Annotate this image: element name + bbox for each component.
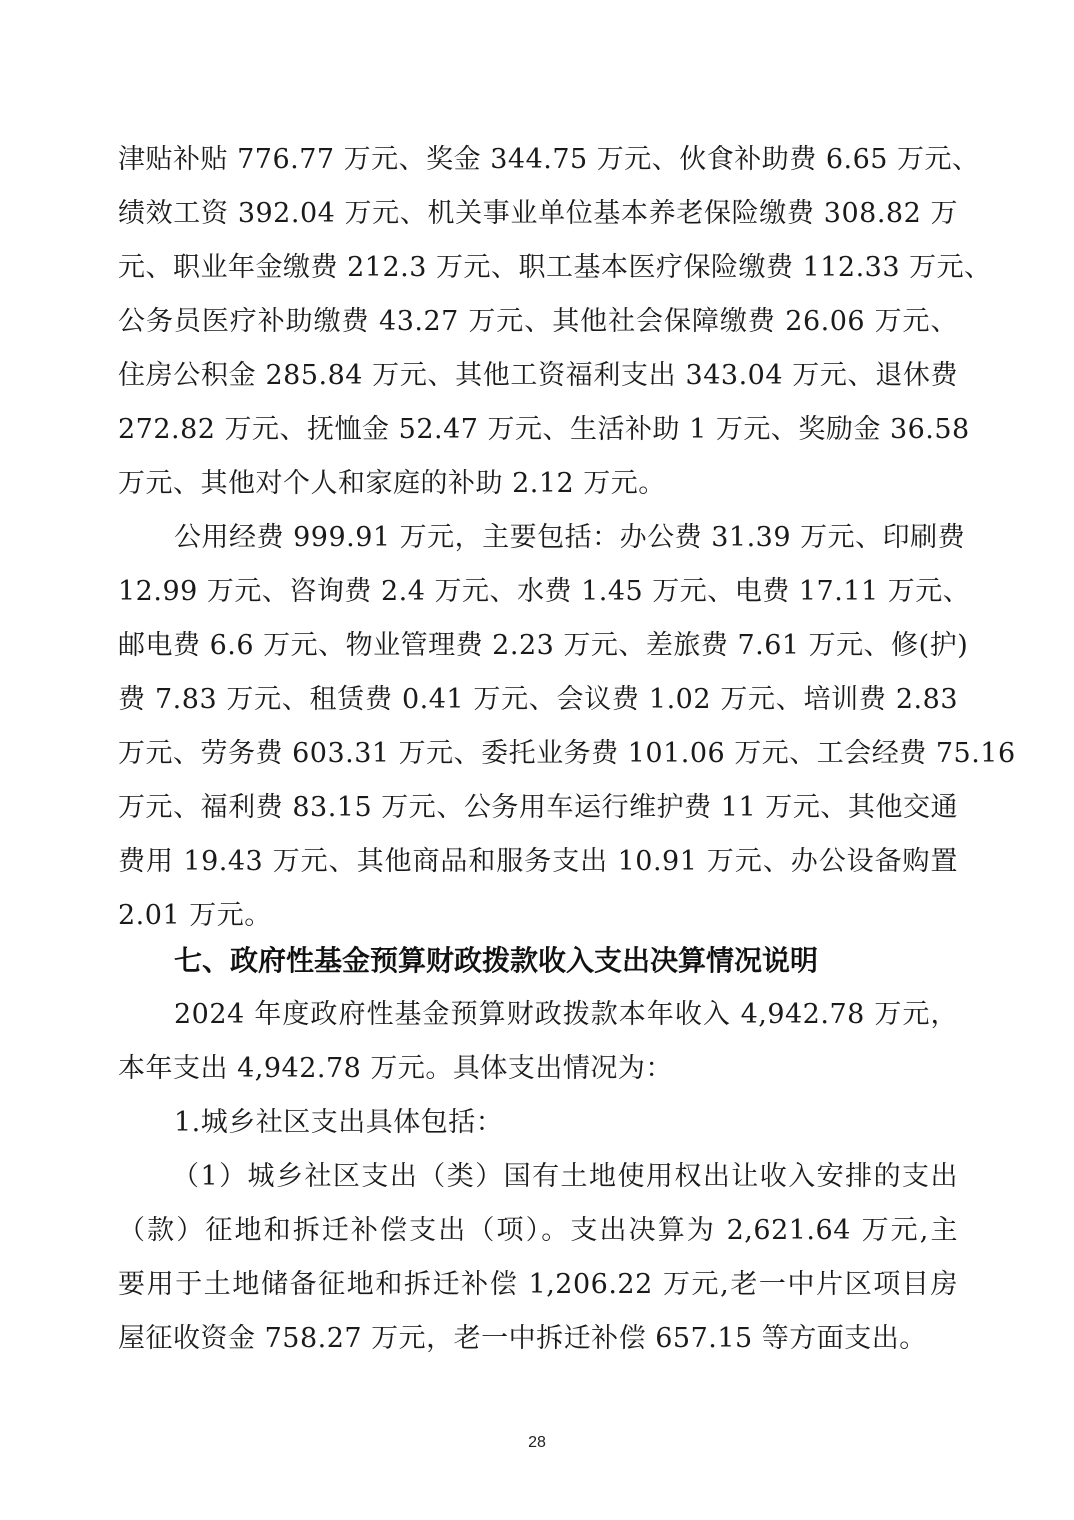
text-line: 绩效工资 392.04 万元、机关事业单位基本养老保险缴费 308.82 万	[118, 197, 958, 231]
text-line: 12.99 万元、咨询费 2.4 万元、水费 1.45 万元、电费 17.11 …	[118, 575, 958, 609]
text-line: 津贴补贴 776.77 万元、奖金 344.75 万元、伙食补助费 6.65 万…	[118, 143, 958, 177]
text-line: 邮电费 6.6 万元、物业管理费 2.23 万元、差旅费 7.61 万元、修(护…	[118, 629, 958, 663]
text-line: 2024 年度政府性基金预算财政拨款本年收入 4,942.78 万元，	[174, 998, 958, 1032]
text-line: 万元、其他对个人和家庭的补助 2.12 万元。	[118, 467, 958, 501]
text-line: 公用经费 999.91 万元，主要包括：办公费 31.39 万元、印刷费	[174, 521, 958, 555]
text-line: 费用 19.43 万元、其他商品和服务支出 10.91 万元、办公设备购置	[118, 845, 958, 879]
text-line: 万元、劳务费 603.31 万元、委托业务费 101.06 万元、工会经费 75…	[118, 737, 958, 771]
text-line: 272.82 万元、抚恤金 52.47 万元、生活补助 1 万元、奖励金 36.…	[118, 413, 958, 447]
text-line: （款）征地和拆迁补偿支出（项）。支出决算为 2,621.64 万元,主	[118, 1214, 958, 1248]
text-line: 屋征收资金 758.27 万元，老一中拆迁补偿 657.15 等方面支出。	[118, 1322, 958, 1356]
text-line: 本年支出 4,942.78 万元。具体支出情况为：	[118, 1052, 958, 1086]
text-line: 万元、福利费 83.15 万元、公务用车运行维护费 11 万元、其他交通	[118, 791, 958, 825]
text-line: 费 7.83 万元、租赁费 0.41 万元、会议费 1.02 万元、培训费 2.…	[118, 683, 958, 717]
section-heading: 七、政府性基金预算财政拨款收入支出决算情况说明	[174, 944, 818, 978]
text-line: 公务员医疗补助缴费 43.27 万元、其他社会保障缴费 26.06 万元、	[118, 305, 958, 339]
text-line: 2.01 万元。	[118, 899, 958, 933]
page-number: 28	[0, 1434, 1074, 1452]
item-1-title: 1.城乡社区支出具体包括：	[174, 1106, 958, 1140]
text-line: 住房公积金 285.84 万元、其他工资福利支出 343.04 万元、退休费	[118, 359, 958, 393]
text-line: 要用于土地储备征地和拆迁补偿 1,206.22 万元,老一中片区项目房	[118, 1268, 958, 1302]
text-line: 元、职业年金缴费 212.3 万元、职工基本医疗保险缴费 112.33 万元、	[118, 251, 958, 285]
text-line: （1）城乡社区支出（类）国有土地使用权出让收入安排的支出	[172, 1160, 958, 1194]
document-page: 津贴补贴 776.77 万元、奖金 344.75 万元、伙食补助费 6.65 万…	[0, 0, 1074, 1520]
